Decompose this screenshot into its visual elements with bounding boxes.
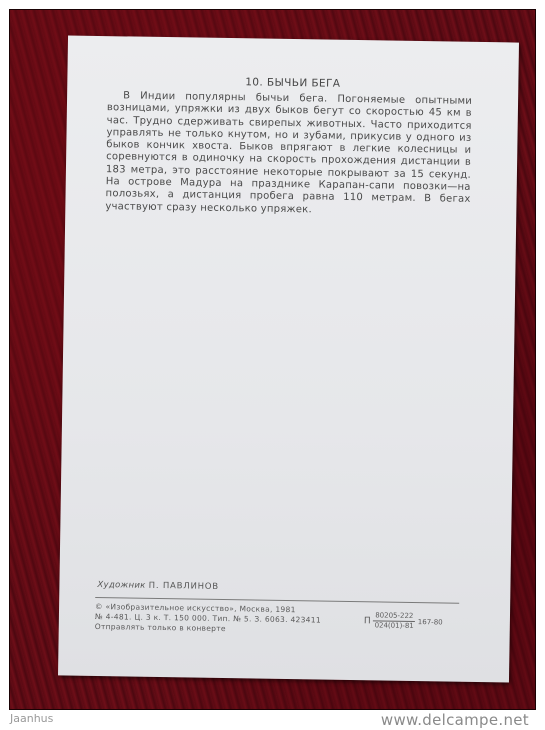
artist-credit: Художник П. ПАВЛИНОВ (97, 580, 219, 592)
seller-watermark: Jaanhus (10, 712, 53, 725)
catalog-code-denominator: 024(01)-81 (373, 621, 416, 631)
artist-name: П. ПАВЛИНОВ (149, 581, 219, 592)
catalog-code-numerator: 80205-222 (373, 611, 415, 622)
site-watermark: www.delcampe.net (381, 711, 529, 729)
card-body: В Индии популярны бычьи бега. Погоняемые… (105, 90, 472, 219)
publisher-imprint: © «Изобразительное искусство», Москва, 1… (95, 602, 355, 636)
card-body-paragraph: В Индии популярны бычьи бега. Погоняемые… (105, 90, 472, 219)
catalog-code-suffix: 167-80 (418, 618, 443, 626)
artist-label: Художник (97, 580, 145, 591)
catalog-code: П 80205-222 024(01)-81 167-80 (364, 611, 443, 631)
postcard-back: 10. БЫЧЬИ БЕГА В Индии популярны бычьи б… (58, 35, 519, 682)
catalog-code-letter: П (364, 616, 371, 626)
catalog-code-fraction: 80205-222 024(01)-81 (373, 611, 416, 631)
